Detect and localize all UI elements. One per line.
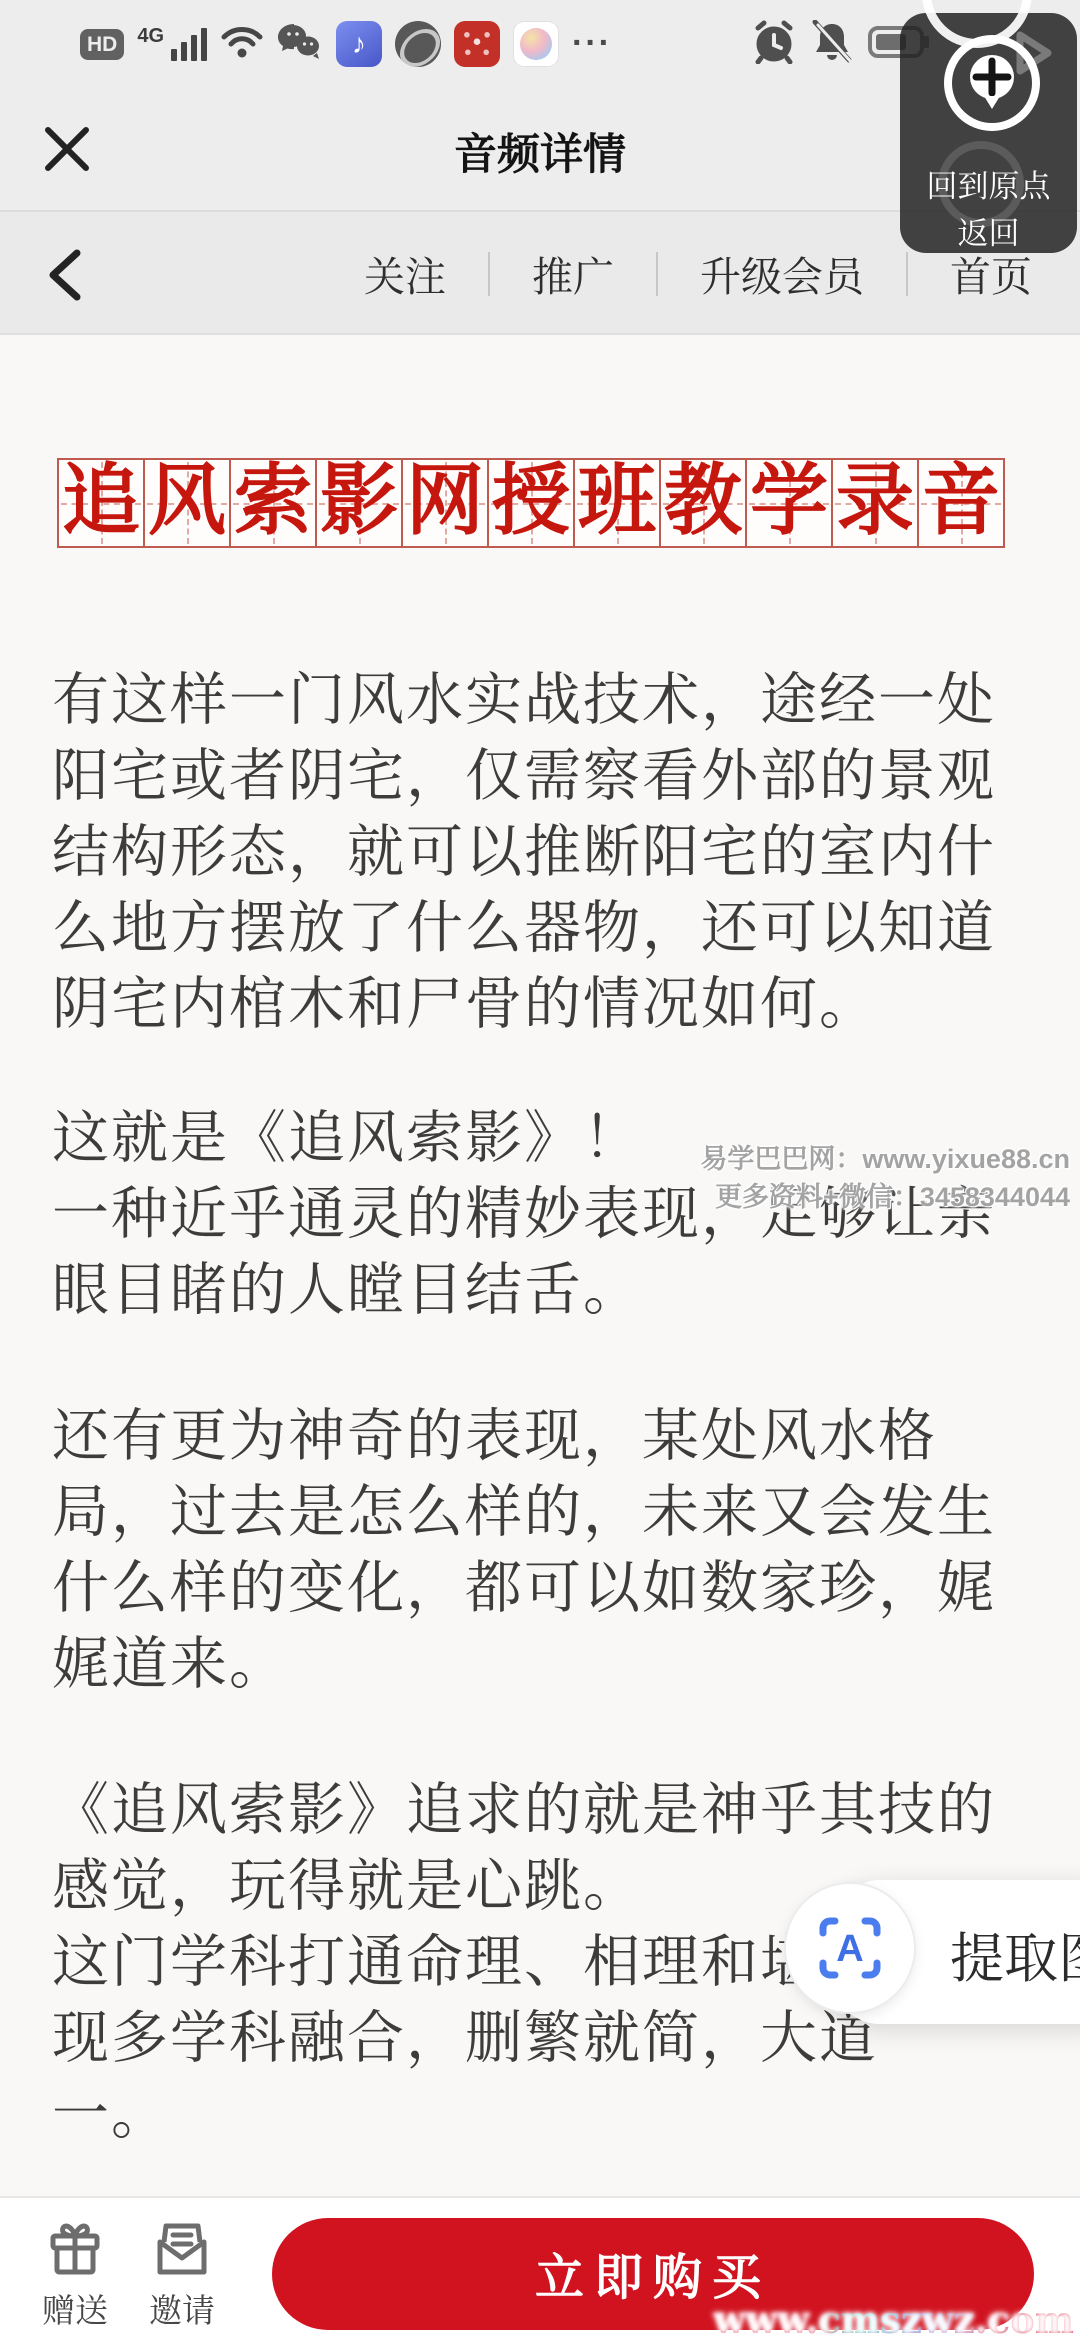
paragraph-1: 有这样一门风水实战技术，途经一处 阳宅或者阴宅，仅需察看外部的景观 结构形态，就… <box>52 662 1052 1042</box>
extract-text-label[interactable]: 提取图中 <box>950 1916 1080 1993</box>
svg-text:A: A <box>836 1928 863 1970</box>
return-origin-label[interactable]: 回到原点 <box>900 161 1077 206</box>
photos-app-icon <box>513 21 559 67</box>
extract-text-icon[interactable]: A <box>786 1884 914 2012</box>
paragraph-3: 还有更为神奇的表现，某处风水格 局，过去是怎么样的，未来又会发生 什么样的变化，… <box>52 1398 1052 1702</box>
purchase-bar: 赠送 邀请 立即购买 www.cmszwz.com <box>0 2196 1080 2340</box>
nav-item-upgrade[interactable]: 升级会员 <box>658 244 906 303</box>
title-char-box: 录 <box>831 458 919 548</box>
gift-action[interactable]: 赠送 <box>20 2222 130 2332</box>
back-chevron-icon[interactable] <box>44 248 84 302</box>
close-icon[interactable] <box>38 120 96 178</box>
title-char-box: 网 <box>401 458 489 548</box>
invite-action[interactable]: 邀请 <box>127 2222 237 2332</box>
nav-item-follow[interactable]: 关注 <box>322 244 488 303</box>
image-watermark: 易学巴巴网：www.yixue88.cn 更多资料+微信：3458344044 <box>700 1140 1070 1216</box>
title-char-box: 教 <box>659 458 747 548</box>
locate-origin-icon[interactable] <box>944 35 1040 131</box>
floating-return-widget[interactable]: 回到原点 返回 <box>900 13 1077 253</box>
hd-icon: HD <box>80 29 124 60</box>
alarm-icon <box>752 20 796 69</box>
wifi-icon <box>220 23 264 66</box>
title-char-box: 索 <box>229 458 317 548</box>
red-app-icon <box>454 21 500 67</box>
browser-app-icon <box>395 21 441 67</box>
title-char-box: 学 <box>745 458 833 548</box>
signal-bars-icon <box>171 27 207 61</box>
nav-item-promote[interactable]: 推广 <box>490 244 656 303</box>
title-char-box: 影 <box>315 458 403 548</box>
calligraphy-title: 追 风 索 影 网 授 班 教 学 录 音 <box>57 458 1005 548</box>
gift-label: 赠送 <box>20 2285 130 2332</box>
title-char-box: 授 <box>487 458 575 548</box>
phone-screen: HD 4G ♪ ··· <box>0 0 1080 2340</box>
title-char-box: 风 <box>143 458 231 548</box>
music-app-icon: ♪ <box>336 21 382 67</box>
invite-envelope-icon <box>154 2263 210 2280</box>
gift-icon <box>47 2263 103 2280</box>
title-char-box: 追 <box>57 458 145 548</box>
more-apps-ellipsis: ··· <box>572 37 612 51</box>
wechat-icon <box>277 22 323 67</box>
invite-label: 邀请 <box>127 2285 237 2332</box>
back-label[interactable]: 返回 <box>900 208 1077 253</box>
status-left-cluster: HD 4G ♪ ··· <box>80 18 612 70</box>
site-watermark: www.cmszwz.com <box>714 2298 1074 2340</box>
title-char-box: 班 <box>573 458 661 548</box>
network-type-label: 4G <box>137 25 164 48</box>
title-char-box: 音 <box>917 458 1005 548</box>
mute-bell-icon <box>811 20 853 69</box>
